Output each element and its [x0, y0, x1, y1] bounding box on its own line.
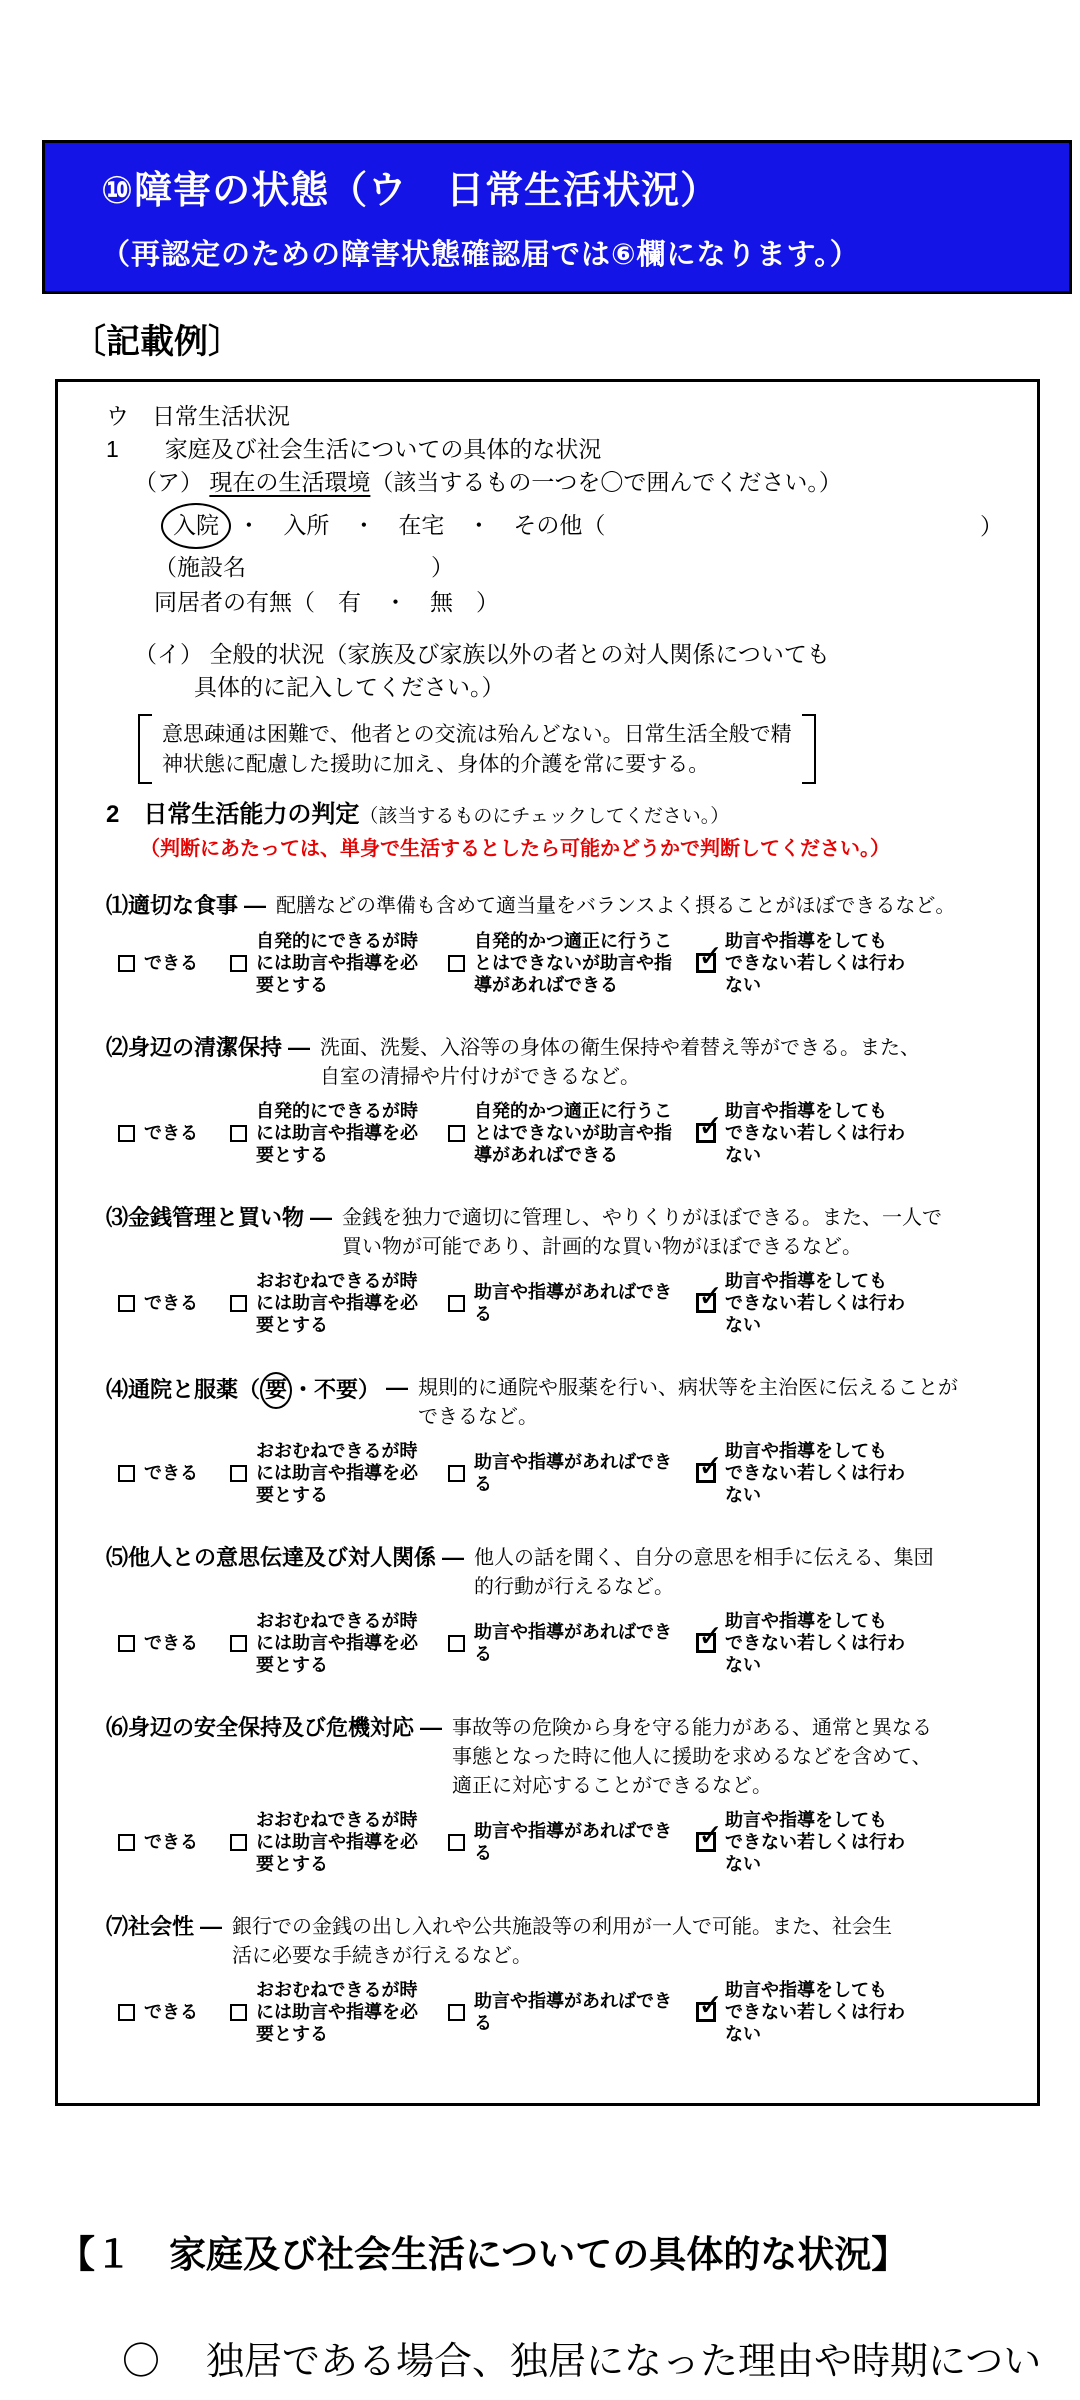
checkbox-empty[interactable] — [230, 2004, 247, 2021]
example-heading: 〔記載例〕 — [72, 314, 1080, 363]
dash: — — [288, 1032, 310, 1064]
option-cell: できる — [118, 930, 230, 996]
facility-close-paren: ） — [431, 554, 454, 580]
ability-name: ⑺社会性 — [106, 1911, 194, 1943]
example-text-line1: 意思疎通は困難で、他者との交流は殆んどない。日常生活全般で精 — [162, 719, 792, 749]
checkbox-empty[interactable] — [118, 1125, 135, 1142]
environment-options-line: 入院 ・ 入所 ・ 在宅 ・ その他（ ） — [161, 503, 1011, 549]
check-mark-icon: ✓ — [698, 1821, 723, 1851]
ability-block: ⑷通院と服薬（要・不要） — 規則的に通院や服薬を行い、病状等を主治医に伝えるこ… — [106, 1372, 1011, 1506]
checkbox-empty[interactable] — [448, 1295, 465, 1312]
option-cell: ✓助言や指導をしてもできない若しくは行わない — [696, 1610, 936, 1676]
checkbox-empty[interactable] — [118, 955, 135, 972]
option-cell: 自発的にできるが時には助言や指導を必要とする — [230, 930, 448, 996]
ability-desc-line: 銀行での金銭の出し入れや公共施設等の利用が一人で可能。また、社会生 — [232, 1913, 892, 1942]
qi-line2: 具体的に記入してください。） — [194, 671, 1011, 704]
ability-name-text: ⑺社会性 — [106, 1914, 194, 1939]
ability-head: ⑸他人との意思伝達及び対人関係 — 他人の話を聞く、自分の意思を相手に伝える、集… — [106, 1542, 1011, 1602]
checkbox-checked[interactable]: ✓ — [696, 1123, 716, 1143]
ability-desc-line: 事態となった時に他人に援助を求めるなどを含めて、 — [452, 1743, 932, 1772]
abilities-list: ⑴適切な食事 — 配膳などの準備も含めて適当量をバランスよく摂ることがほぼできる… — [106, 890, 1011, 2045]
form-example-box: ウ 日常生活状況 1 家庭及び社会生活についての具体的な状況 （ア） 現在の生活… — [55, 379, 1040, 2106]
footer-heading: 【１ 家庭及び社会生活についての具体的な状況】 — [58, 2224, 1080, 2278]
dash: — — [200, 1911, 222, 1943]
check-mark-icon: ✓ — [698, 1622, 723, 1652]
option-cell: できる — [118, 1979, 230, 2045]
qa-label: （ア） — [134, 469, 203, 495]
option-label: おおむねできるが時には助言や指導を必要とする — [256, 1979, 418, 2045]
footer-bullet-line: 〇 独居である場合、独居になった理由や時期につい — [122, 2330, 1080, 2385]
checkbox-checked[interactable]: ✓ — [696, 1463, 716, 1483]
checkbox-empty[interactable] — [448, 2004, 465, 2021]
section-subtitle: （再認定のための障害状態確認届では⑥欄になります。） — [101, 232, 1057, 273]
ability-block: ⑹身辺の安全保持及び危機対応 — 事故等の危険から身を守る能力がある、通常と異な… — [106, 1712, 1011, 1875]
dash: — — [310, 1202, 332, 1234]
ability-head: ⑵身辺の清潔保持 — 洗面、洗髪、入浴等の身体の衛生保持や着替え等ができる。また… — [106, 1032, 1011, 1092]
ability-desc: 配膳などの準備も含めて適当量をバランスよく摂ることがほぼできるなど。 — [276, 890, 955, 921]
option-cell: できる — [118, 1809, 230, 1875]
right-bracket — [802, 714, 816, 784]
checkbox-empty[interactable] — [230, 1635, 247, 1652]
ability-desc-line: 規則的に通院や服薬を行い、病状等を主治医に伝えることが — [418, 1374, 958, 1403]
option-label: できる — [144, 1292, 198, 1314]
ability-desc-line: 自室の清掃や片付けができるなど。 — [320, 1063, 920, 1092]
option-label: 助言や指導があればできる — [474, 1990, 672, 2034]
option-label: 助言や指導があればできる — [474, 1820, 672, 1864]
option-cell: ✓助言や指導をしてもできない若しくは行わない — [696, 930, 936, 996]
option-cell: 助言や指導があればできる — [448, 1270, 696, 1336]
facility-label: （施設名 — [154, 554, 246, 580]
ability-head: ⑷通院と服薬（要・不要） — 規則的に通院や服薬を行い、病状等を主治医に伝えるこ… — [106, 1372, 1011, 1432]
option-cell: できる — [118, 1100, 230, 1166]
dash: — — [420, 1712, 442, 1744]
option-label: 助言や指導をしてもできない若しくは行わない — [725, 930, 905, 996]
ability-name: ⑸他人との意思伝達及び対人関係 — [106, 1542, 436, 1574]
option-cell: おおむねできるが時には助言や指導を必要とする — [230, 1440, 448, 1506]
option-label: 助言や指導があればできる — [474, 1451, 672, 1495]
ability-head: ⑶金銭管理と買い物 — 金銭を独力で適切に管理し、やりくりがほぼできる。また、一… — [106, 1202, 1011, 1262]
ability-name-text: ⑶金銭管理と買い物 — [106, 1205, 304, 1230]
option-label: できる — [144, 1462, 198, 1484]
qi-text1: 全般的状況（家族及び家族以外の者との対人関係についても — [209, 641, 830, 667]
option-label: できる — [144, 1831, 198, 1853]
example-text-line2: 神状態に配慮した援助に加え、身体的介護を常に要する。 — [162, 749, 792, 779]
option-label: できる — [144, 1632, 198, 1654]
option-label: 自発的かつ適正に行うことはできないが助言や指導があればできる — [474, 930, 672, 996]
example-text: 意思疎通は困難で、他者との交流は殆んどない。日常生活全般で精 神状態に配慮した援… — [152, 714, 802, 784]
ability-name: ⑷通院と服薬（要・不要） — [106, 1372, 380, 1409]
checkbox-empty[interactable] — [118, 1295, 135, 1312]
option-label: 助言や指導をしてもできない若しくは行わない — [725, 1979, 905, 2045]
option-cell: 助言や指導があればできる — [448, 1809, 696, 1875]
daily-life-section-title: ウ 日常生活状況 — [106, 400, 1011, 433]
ability-options: できるおおむねできるが時には助言や指導を必要とする助言や指導があればできる✓助言… — [118, 1979, 1011, 2045]
checkbox-checked[interactable]: ✓ — [696, 2002, 716, 2022]
ability-options: できる自発的にできるが時には助言や指導を必要とする自発的かつ適正に行うことはでき… — [118, 1100, 1011, 1166]
option-label: できる — [144, 2001, 198, 2023]
checkbox-checked[interactable]: ✓ — [696, 953, 716, 973]
option-label: 自発的にできるが時には助言や指導を必要とする — [256, 1100, 418, 1166]
option-label: おおむねできるが時には助言や指導を必要とする — [256, 1440, 418, 1506]
left-bracket — [138, 714, 152, 784]
option-cell: できる — [118, 1270, 230, 1336]
checkbox-checked[interactable]: ✓ — [696, 1293, 716, 1313]
option-cell: できる — [118, 1610, 230, 1676]
circled-option-nyuin[interactable]: 入院 — [161, 503, 231, 549]
dash: — — [386, 1372, 408, 1404]
ability-name-text: ⑹身辺の安全保持及び危機対応 — [106, 1715, 414, 1740]
ability-block: ⑵身辺の清潔保持 — 洗面、洗髪、入浴等の身体の衛生保持や着替え等ができる。また… — [106, 1032, 1011, 1166]
ability-options: できるおおむねできるが時には助言や指導を必要とする助言や指導があればできる✓助言… — [118, 1809, 1011, 1875]
circled-option-yo[interactable]: 要 — [260, 1372, 292, 1409]
bullet-circle-mark: 〇 — [122, 2330, 160, 2385]
qi-line1: （イ） 全般的状況（家族及び家族以外の者との対人関係についても — [134, 638, 1011, 671]
option-cell: ✓助言や指導をしてもできない若しくは行わない — [696, 1100, 936, 1166]
other-close-paren: ） — [980, 506, 1003, 546]
option-cell: おおむねできるが時には助言や指導を必要とする — [230, 1979, 448, 2045]
check-mark-icon: ✓ — [698, 1991, 723, 2021]
option-cell: 自発的にできるが時には助言や指導を必要とする — [230, 1100, 448, 1166]
option-cell: おおむねできるが時には助言や指導を必要とする — [230, 1610, 448, 1676]
option-label: 自発的かつ適正に行うことはできないが助言や指導があればできる — [474, 1100, 672, 1166]
ability-head: ⑴適切な食事 — 配膳などの準備も含めて適当量をバランスよく摂ることがほぼできる… — [106, 890, 1011, 922]
bullet-text: 独居である場合、独居になった理由や時期につい — [206, 2330, 1041, 2385]
ability-options: できる自発的にできるが時には助言や指導を必要とする自発的かつ適正に行うことはでき… — [118, 930, 1011, 996]
ability-desc-line: 適正に対応することができるなど。 — [452, 1772, 932, 1801]
option-cell: ✓助言や指導をしてもできない若しくは行わない — [696, 1270, 936, 1336]
q1-title: 1 家庭及び社会生活についての具体的な状況 — [106, 433, 1011, 466]
ability-desc: 事故等の危険から身を守る能力がある、通常と異なる事態となった時に他人に援助を求め… — [452, 1712, 932, 1801]
dash: — — [442, 1542, 464, 1574]
option-label: 助言や指導をしてもできない若しくは行わない — [725, 1100, 905, 1166]
checkbox-empty[interactable] — [118, 1635, 135, 1652]
ability-block: ⑺社会性 — 銀行での金銭の出し入れや公共施設等の利用が一人で可能。また、社会生… — [106, 1911, 1011, 2045]
option-cell: 自発的かつ適正に行うことはできないが助言や指導があればできる — [448, 1100, 696, 1166]
q2-title: 2 日常生活能力の判定 — [106, 801, 359, 828]
ability-options: できるおおむねできるが時には助言や指導を必要とする助言や指導があればできる✓助言… — [118, 1270, 1011, 1336]
ability-name-text: ・不要） — [292, 1377, 380, 1402]
option-label: できる — [144, 952, 198, 974]
section-title: ⑩障害の状態（ウ 日常生活状況） — [101, 159, 1057, 214]
ability-name-text: ⑴適切な食事 — [106, 893, 238, 918]
qa-rest-text: （該当するもの一つを〇で囲んでください。） — [370, 469, 842, 495]
ability-block: ⑸他人との意思伝達及び対人関係 — 他人の話を聞く、自分の意思を相手に伝える、集… — [106, 1542, 1011, 1676]
checkbox-checked[interactable]: ✓ — [696, 1832, 716, 1852]
option-label: おおむねできるが時には助言や指導を必要とする — [256, 1270, 418, 1336]
checkbox-empty[interactable] — [230, 1834, 247, 1851]
ability-name-text: ⑷通院と服薬（ — [106, 1377, 260, 1402]
option-cell: 助言や指導があればできる — [448, 1979, 696, 2045]
checkbox-empty[interactable] — [118, 1465, 135, 1482]
option-label: 助言や指導があればできる — [474, 1281, 672, 1325]
ability-name: ⑴適切な食事 — [106, 890, 238, 922]
ability-name-text: ⑵身辺の清潔保持 — [106, 1035, 282, 1060]
check-mark-icon: ✓ — [698, 1112, 723, 1142]
ability-desc-line: 他人の話を聞く、自分の意思を相手に伝える、集団 — [474, 1544, 934, 1573]
check-mark-icon: ✓ — [698, 942, 723, 972]
checkbox-empty[interactable] — [118, 2004, 135, 2021]
cohabitant-line: 同居者の有無（ 有 ・ 無 ） — [154, 584, 1011, 620]
option-cell: ✓助言や指導をしてもできない若しくは行わない — [696, 1979, 936, 2045]
ability-head: ⑹身辺の安全保持及び危機対応 — 事故等の危険から身を守る能力がある、通常と異な… — [106, 1712, 1011, 1801]
check-mark-icon: ✓ — [698, 1282, 723, 1312]
ability-desc-line: できるなど。 — [418, 1403, 958, 1432]
facility-line: （施設名） — [154, 551, 1011, 584]
option-label: 助言や指導をしてもできない若しくは行わない — [725, 1440, 905, 1506]
ability-desc-line: 金銭を独力で適切に管理し、やりくりがほぼできる。また、一人で — [342, 1204, 942, 1233]
q2-note: （該当するものにチェックしてください。） — [359, 806, 729, 827]
environment-options: 入院 ・ 入所 ・ 在宅 ・ その他（ — [161, 503, 605, 549]
ability-name-text: ⑸他人との意思伝達及び対人関係 — [106, 1545, 436, 1570]
ability-desc-line: 的行動が行えるなど。 — [474, 1573, 934, 1602]
option-label: 自発的にできるが時には助言や指導を必要とする — [256, 930, 418, 996]
ability-block: ⑶金銭管理と買い物 — 金銭を独力で適切に管理し、やりくりがほぼできる。また、一… — [106, 1202, 1011, 1336]
checkbox-empty[interactable] — [230, 1125, 247, 1142]
option-cell: 助言や指導があればできる — [448, 1440, 696, 1506]
checkbox-empty[interactable] — [230, 1295, 247, 1312]
section-header: ⑩障害の状態（ウ 日常生活状況） （再認定のための障害状態確認届では⑥欄になりま… — [42, 140, 1072, 294]
checkbox-empty[interactable] — [230, 955, 247, 972]
check-mark-icon: ✓ — [698, 1452, 723, 1482]
ability-desc: 銀行での金銭の出し入れや公共施設等の利用が一人で可能。また、社会生活に必要な手続… — [232, 1911, 892, 1971]
checkbox-empty[interactable] — [448, 955, 465, 972]
option-cell: できる — [118, 1440, 230, 1506]
option-cell: ✓助言や指導をしてもできない若しくは行わない — [696, 1809, 936, 1875]
option-label: おおむねできるが時には助言や指導を必要とする — [256, 1610, 418, 1676]
option-cell: ✓助言や指導をしてもできない若しくは行わない — [696, 1440, 936, 1506]
option-cell: 助言や指導があればできる — [448, 1610, 696, 1676]
checkbox-empty[interactable] — [230, 1465, 247, 1482]
checkbox-empty[interactable] — [448, 1635, 465, 1652]
qa-underlined-text: 現在の生活環境 — [209, 469, 370, 495]
ability-options: できるおおむねできるが時には助言や指導を必要とする助言や指導があればできる✓助言… — [118, 1440, 1011, 1506]
ability-desc-line: 活に必要な手続きが行えるなど。 — [232, 1942, 892, 1971]
qa-line: （ア） 現在の生活環境（該当するもの一つを〇で囲んでください。） — [134, 466, 1011, 499]
option-label: 助言や指導をしてもできない若しくは行わない — [725, 1270, 905, 1336]
ability-desc-line: 洗面、洗髪、入浴等の身体の衛生保持や着替え等ができる。また、 — [320, 1034, 920, 1063]
other-environment-options: ・ 入所 ・ 在宅 ・ その他（ — [237, 512, 605, 538]
option-label: できる — [144, 1122, 198, 1144]
option-cell: おおむねできるが時には助言や指導を必要とする — [230, 1809, 448, 1875]
option-cell: おおむねできるが時には助言や指導を必要とする — [230, 1270, 448, 1336]
option-label: 助言や指導をしてもできない若しくは行わない — [725, 1610, 905, 1676]
general-situation-example: 意思疎通は困難で、他者との交流は殆んどない。日常生活全般で精 神状態に配慮した援… — [138, 714, 748, 784]
ability-name: ⑵身辺の清潔保持 — [106, 1032, 282, 1064]
ability-desc: 規則的に通院や服薬を行い、病状等を主治医に伝えることができるなど。 — [418, 1372, 958, 1432]
checkbox-empty[interactable] — [448, 1125, 465, 1142]
checkbox-empty[interactable] — [448, 1834, 465, 1851]
ability-name: ⑶金銭管理と買い物 — [106, 1202, 304, 1234]
q2-red-note: （判断にあたっては、単身で生活するとしたら可能かどうかで判断してください。） — [140, 834, 1011, 864]
checkbox-empty[interactable] — [118, 1834, 135, 1851]
ability-desc: 他人の話を聞く、自分の意思を相手に伝える、集団的行動が行えるなど。 — [474, 1542, 934, 1602]
qi-label: （イ） — [134, 641, 203, 667]
option-cell: 自発的かつ適正に行うことはできないが助言や指導があればできる — [448, 930, 696, 996]
ability-desc: 洗面、洗髪、入浴等の身体の衛生保持や着替え等ができる。また、自室の清掃や片付けが… — [320, 1032, 920, 1092]
checkbox-checked[interactable]: ✓ — [696, 1633, 716, 1653]
ability-name: ⑹身辺の安全保持及び危機対応 — [106, 1712, 414, 1744]
checkbox-empty[interactable] — [448, 1465, 465, 1482]
ability-options: できるおおむねできるが時には助言や指導を必要とする助言や指導があればできる✓助言… — [118, 1610, 1011, 1676]
option-label: 助言や指導があればできる — [474, 1621, 672, 1665]
ability-head: ⑺社会性 — 銀行での金銭の出し入れや公共施設等の利用が一人で可能。また、社会生… — [106, 1911, 1011, 1971]
option-label: 助言や指導をしてもできない若しくは行わない — [725, 1809, 905, 1875]
ability-block: ⑴適切な食事 — 配膳などの準備も含めて適当量をバランスよく摂ることがほぼできる… — [106, 890, 1011, 996]
dash: — — [244, 890, 266, 922]
ability-desc-line: 買い物が可能であり、計画的な買い物がほぼできるなど。 — [342, 1233, 942, 1262]
ability-desc-line: 配膳などの準備も含めて適当量をバランスよく摂ることがほぼできるなど。 — [276, 892, 955, 921]
option-label: おおむねできるが時には助言や指導を必要とする — [256, 1809, 418, 1875]
ability-desc: 金銭を独力で適切に管理し、やりくりがほぼできる。また、一人で買い物が可能であり、… — [342, 1202, 942, 1262]
q2-title-line: 2 日常生活能力の判定（該当するものにチェックしてください。） — [106, 798, 1011, 834]
ability-desc-line: 事故等の危険から身を守る能力がある、通常と異なる — [452, 1714, 932, 1743]
